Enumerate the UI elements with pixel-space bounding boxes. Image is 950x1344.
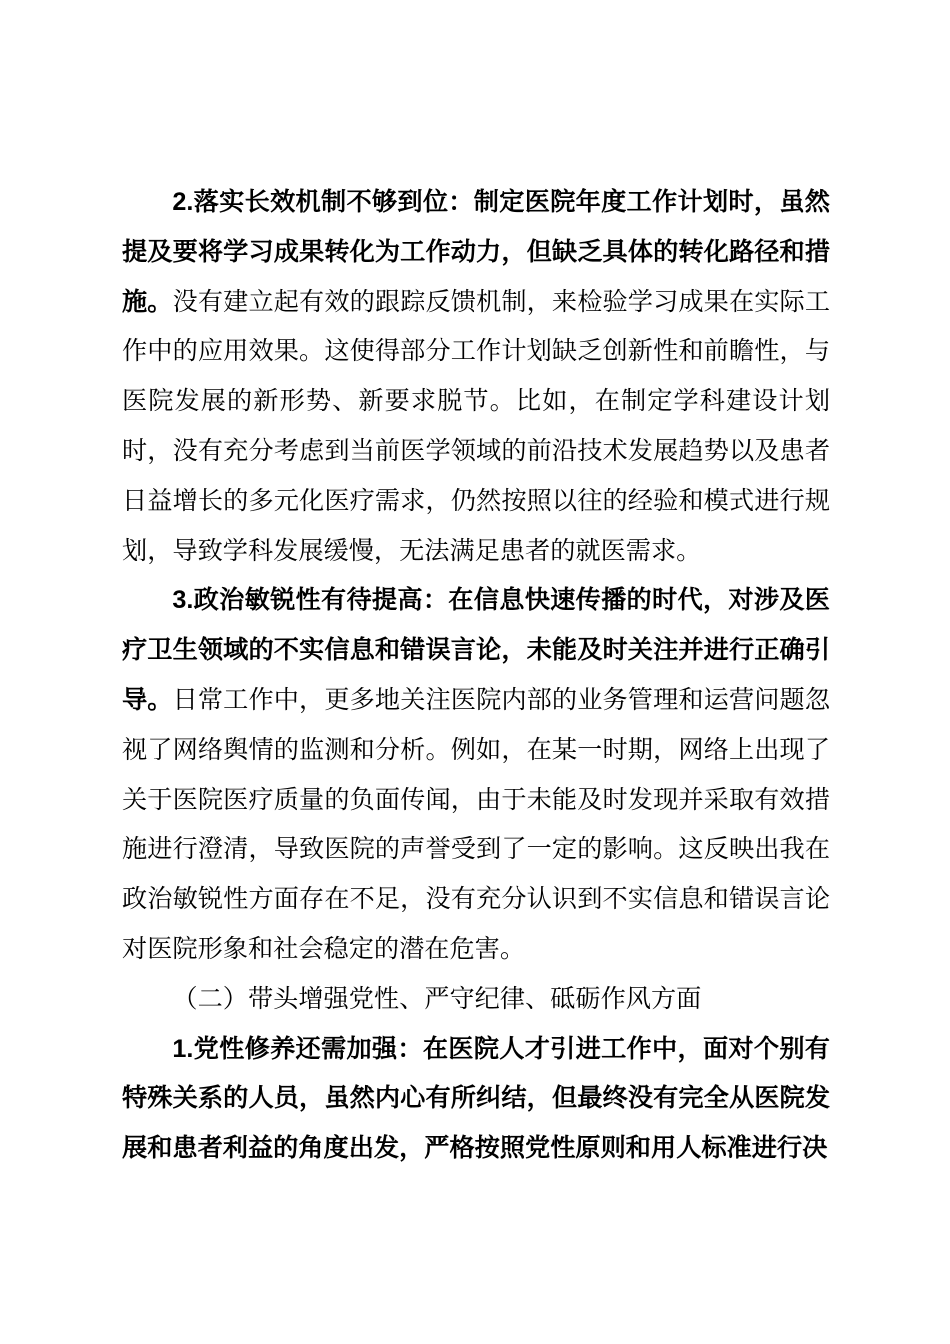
paragraph-2-long-term-mechanism: 2.落实长效机制不够到位：制定医院年度工作计划时，虽然提及要将学习成果转化为工作…	[122, 178, 830, 576]
document-page: 2.落实长效机制不够到位：制定医院年度工作计划时，虽然提及要将学习成果转化为工作…	[0, 0, 950, 1344]
section-heading-two-text: （二）带头增强党性、严守纪律、砥砺作风方面	[172, 985, 701, 1013]
paragraph-3-body-text: 日常工作中，更多地关注医院内部的业务管理和运营问题忽视了网络舆情的监测和分析。例…	[122, 686, 830, 963]
paragraph-1-party-spirit: 1.党性修养还需加强：在医院人才引进工作中，面对个别有特殊关系的人员，虽然内心有…	[122, 1025, 830, 1174]
paragraph-1-bold-lead: 1.党性修养还需加强：在医院人才引进工作中，面对个别有特殊关系的人员，虽然内心有…	[122, 1035, 830, 1163]
section-heading-two: （二）带头增强党性、严守纪律、砥砺作风方面	[122, 975, 830, 1025]
paragraph-3-political-acuity: 3.政治敏锐性有待提高：在信息快速传播的时代，对涉及医疗卫生领域的不实信息和错误…	[122, 576, 830, 974]
paragraph-2-body-text: 没有建立起有效的跟踪反馈机制，来检验学习成果在实际工作中的应用效果。这使得部分工…	[122, 288, 830, 565]
